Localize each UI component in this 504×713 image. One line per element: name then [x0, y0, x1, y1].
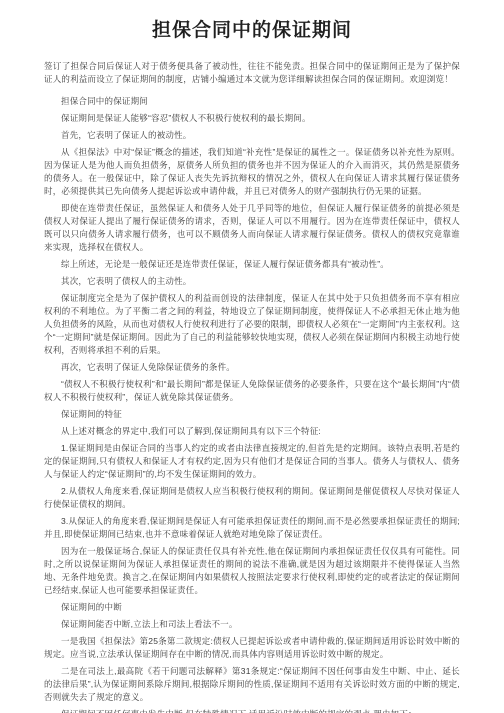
page-title: 担保合同中的保证期间	[44, 18, 460, 44]
paragraph: 首先，它表明了保证人的被动性。	[44, 129, 460, 142]
paragraph: 其次，它表明了债权人的主动性。	[44, 275, 460, 288]
paragraph: “债权人不积极行使权利”和“最长期间”都是保证人免除保证债务的必要条件，只要在这…	[44, 378, 460, 404]
article-page: 担保合同中的保证期间 签订了担保合同后保证人对于债务便具备了被动性，往往不能免责…	[0, 0, 504, 713]
paragraph: 签订了担保合同后保证人对于债务便具备了被动性，往往不能免责。担保合同中的保证期间…	[44, 60, 460, 86]
paragraph: 2.从债权人角度来看,保证期间是债权人应当积极行使权利的期间。保证期间是催促债权…	[44, 485, 460, 511]
article-body: 签订了担保合同后保证人对于债务便具备了被动性，往往不能免责。担保合同中的保证期间…	[44, 60, 460, 713]
paragraph: 因为在一般保证场合,保证人的保证责任仅具有补充性,他在保证期间内承担保证责任仅仅…	[44, 545, 460, 597]
paragraph: 从上述对概念的界定中,我们可以了解到,保证期间具有以下三个特征:	[44, 425, 460, 438]
paragraph: 一是我国《担保法》第25条第二款规定:债权人已提起诉讼或者申请仲裁的,保证期间适…	[44, 635, 460, 661]
paragraph: 3.从保证人的角度来看,保证期间是保证人有可能承担保证责任的期间,而不是必然要承…	[44, 515, 460, 541]
paragraph: 从《担保法》中对“保证”概念的描述，我们知道“补充性”是保证的属性之一。保证债务…	[44, 146, 460, 198]
paragraph: 综上所述，无论是一般保证还是连带责任保证，保证人履行保证债务都具有“被动性”。	[44, 258, 460, 271]
paragraph: 保证制度完全是为了保护债权人的利益而创设的法律制度，保证人在其中处于只负担债务而…	[44, 292, 460, 357]
paragraph: 保证期间是保证人能够“容忍”债权人不积极行使权利的最长期间。	[44, 112, 460, 125]
paragraph: 二是在司法上,最高院《若干问题司法解释》第31条规定:“保证期间不因任何事由发生…	[44, 665, 460, 704]
paragraph: 担保合同中的保证期间	[44, 95, 460, 108]
paragraph: 保证期间的特征	[44, 408, 460, 421]
paragraph: 保证期间不因任何事由发生中断,但在特殊情况下,适用诉讼时效中断的规定的观点,理由…	[44, 708, 460, 713]
paragraph: 保证期间的中断	[44, 601, 460, 614]
paragraph: 保证期间能否中断,立法上和司法上看法不一。	[44, 618, 460, 631]
paragraph: 再次，它表明了保证人免除保证债务的条件。	[44, 361, 460, 374]
paragraph: 1.保证期间是由保证合同的当事人约定的或者由法律直接规定的,但首先是约定期间。该…	[44, 442, 460, 481]
paragraph: 即使在连带责任保证，虽然保证人和债务人处于几乎同等的地位，但保证人履行保证债务的…	[44, 202, 460, 254]
